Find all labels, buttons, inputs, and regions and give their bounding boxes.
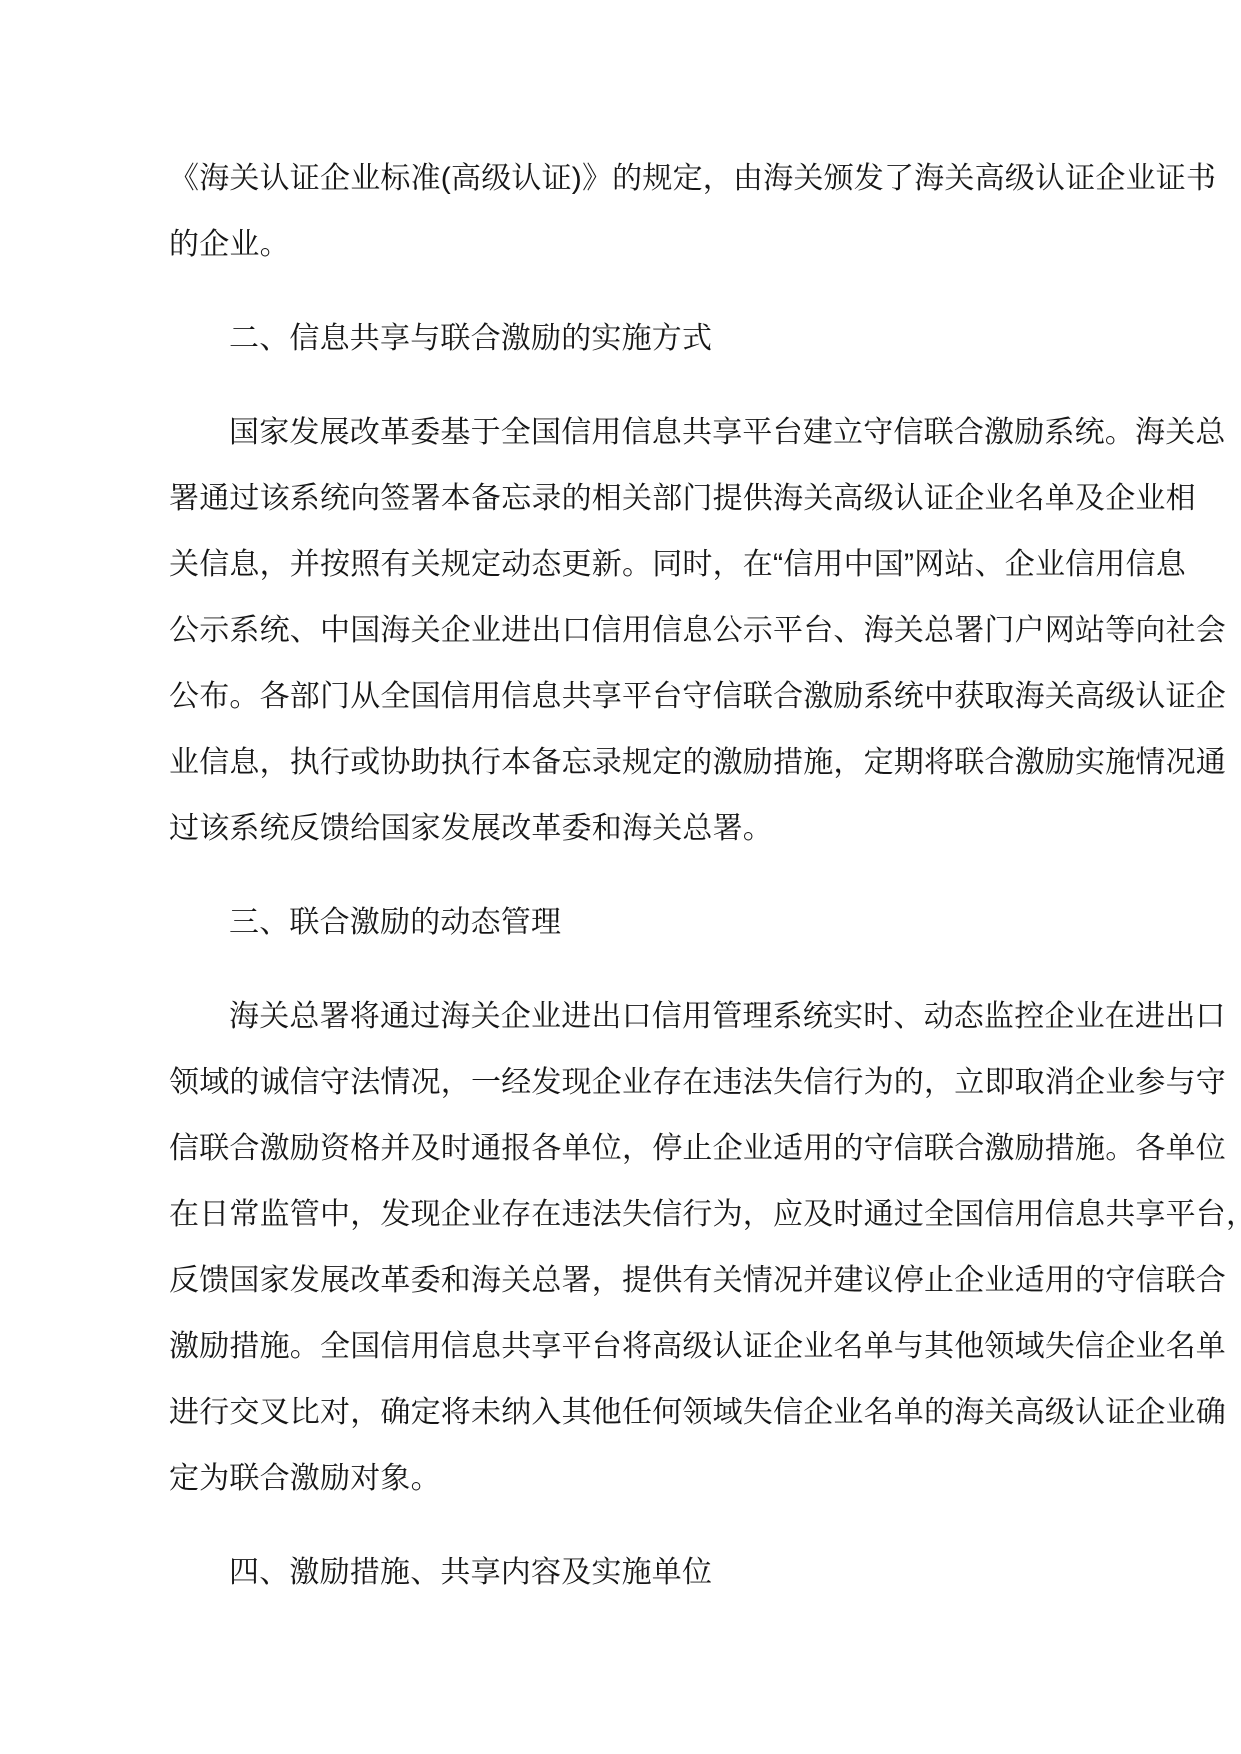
text-line: 署通过该系统向签署本备忘录的相关部门提供海关高级认证企业名单及企业相	[169, 466, 1075, 532]
heading-text: 四、激励措施、共享内容及实施单位	[169, 1540, 1075, 1606]
paragraph-continuation: 《海关认证企业标准(高级认证)》的规定，由海关颁发了海关高级认证企业证书 的企业…	[169, 146, 1075, 278]
text-line: 在日常监管中，发现企业存在违法失信行为，应及时通过全国信用信息共享平台，	[169, 1182, 1075, 1248]
text-line: 国家发展改革委基于全国信用信息共享平台建立守信联合激励系统。海关总	[169, 400, 1075, 466]
text-line: 的企业。	[169, 212, 1075, 278]
text-line: 激励措施。全国信用信息共享平台将高级认证企业名单与其他领域失信企业名单	[169, 1314, 1075, 1380]
text-line: 《海关认证企业标准(高级认证)》的规定，由海关颁发了海关高级认证企业证书	[169, 146, 1075, 212]
heading-text: 三、联合激励的动态管理	[169, 890, 1075, 956]
text-line: 过该系统反馈给国家发展改革委和海关总署。	[169, 796, 1075, 862]
document-page: 《海关认证企业标准(高级认证)》的规定，由海关颁发了海关高级认证企业证书 的企业…	[0, 0, 1241, 1754]
paragraph-section-2: 国家发展改革委基于全国信用信息共享平台建立守信联合激励系统。海关总 署通过该系统…	[169, 400, 1075, 862]
text-line: 海关总署将通过海关企业进出口信用管理系统实时、动态监控企业在进出口	[169, 984, 1075, 1050]
section-heading-2: 二、信息共享与联合激励的实施方式	[169, 306, 1075, 372]
text-line: 领域的诚信守法情况，一经发现企业存在违法失信行为的，立即取消企业参与守	[169, 1050, 1075, 1116]
text-line: 公示系统、中国海关企业进出口信用信息公示平台、海关总署门户网站等向社会	[169, 598, 1075, 664]
text-line: 信联合激励资格并及时通报各单位，停止企业适用的守信联合激励措施。各单位	[169, 1116, 1075, 1182]
section-heading-3: 三、联合激励的动态管理	[169, 890, 1075, 956]
text-line: 业信息，执行或协助执行本备忘录规定的激励措施，定期将联合激励实施情况通	[169, 730, 1075, 796]
text-line: 公布。各部门从全国信用信息共享平台守信联合激励系统中获取海关高级认证企	[169, 664, 1075, 730]
text-line: 反馈国家发展改革委和海关总署，提供有关情况并建议停止企业适用的守信联合	[169, 1248, 1075, 1314]
section-heading-4: 四、激励措施、共享内容及实施单位	[169, 1540, 1075, 1606]
text-line: 进行交叉比对，确定将未纳入其他任何领域失信企业名单的海关高级认证企业确	[169, 1380, 1075, 1446]
heading-text: 二、信息共享与联合激励的实施方式	[169, 306, 1075, 372]
text-line: 关信息，并按照有关规定动态更新。同时，在“信用中国”网站、企业信用信息	[169, 532, 1075, 598]
text-line: 定为联合激励对象。	[169, 1446, 1075, 1512]
paragraph-section-3: 海关总署将通过海关企业进出口信用管理系统实时、动态监控企业在进出口 领域的诚信守…	[169, 984, 1075, 1512]
